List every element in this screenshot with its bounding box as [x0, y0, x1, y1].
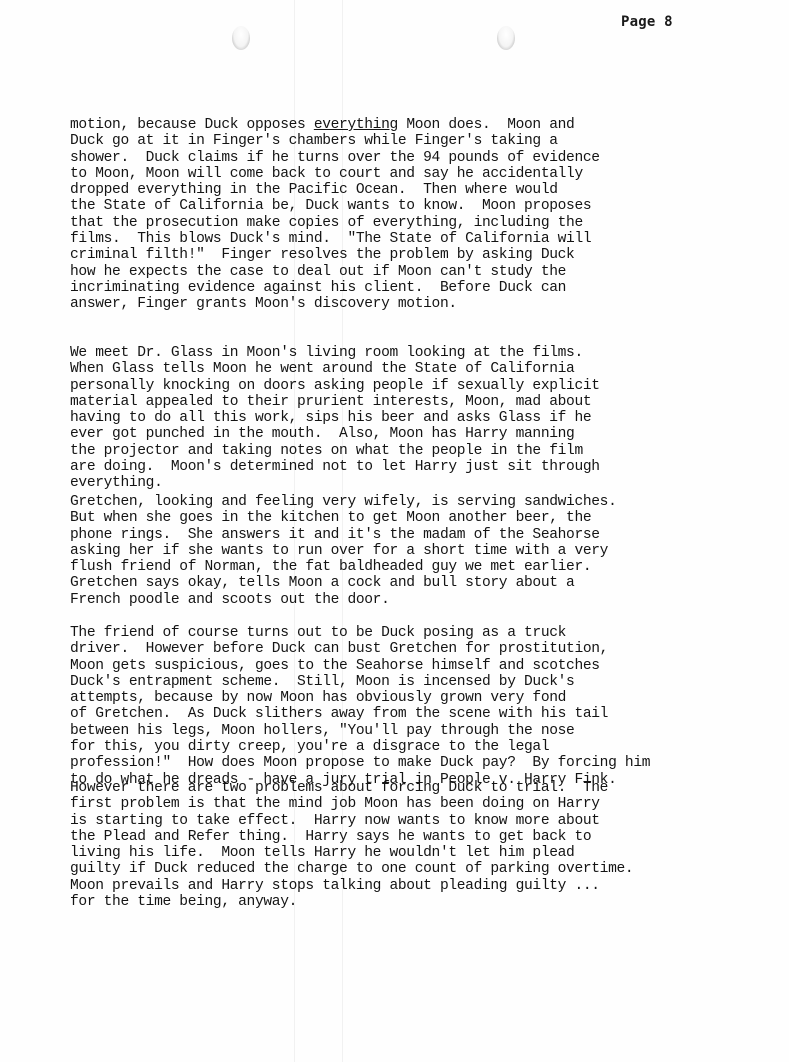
- text-line: flush friend of Norman, the fat baldhead…: [70, 559, 617, 575]
- paragraph: We meet Dr. Glass in Moon's living room …: [70, 345, 600, 492]
- page-number: Page 8: [621, 14, 673, 30]
- text-line: of Gretchen. As Duck slithers away from …: [70, 706, 650, 722]
- text-line: the projector and taking notes on what t…: [70, 443, 600, 459]
- text-line: Duck's entrapment scheme. Still, Moon is…: [70, 674, 650, 690]
- text-line: films. This blows Duck's mind. "The Stat…: [70, 231, 600, 247]
- text-line: the Plead and Refer thing. Harry says he…: [70, 829, 633, 845]
- text-line: living his life. Moon tells Harry he wou…: [70, 845, 633, 861]
- text-line: criminal filth!" Finger resolves the pro…: [70, 247, 600, 263]
- text-line: the State of California be, Duck wants t…: [70, 198, 600, 214]
- hole-punch-mark: [497, 26, 515, 50]
- text-line: Moon gets suspicious, goes to the Seahor…: [70, 658, 650, 674]
- text-line: first problem is that the mind job Moon …: [70, 796, 633, 812]
- paragraph: However there are two problems about for…: [70, 780, 633, 910]
- text-line: personally knocking on doors asking peop…: [70, 378, 600, 394]
- paragraph: Gretchen, looking and feeling very wifel…: [70, 494, 617, 608]
- text-line: to Moon, Moon will come back to court an…: [70, 166, 600, 182]
- text-line: material appealed to their prurient inte…: [70, 394, 600, 410]
- hole-punch-mark: [232, 26, 250, 50]
- text-line: Moon prevails and Harry stops talking ab…: [70, 878, 633, 894]
- text-line: Gretchen, looking and feeling very wifel…: [70, 494, 617, 510]
- text-line: answer, Finger grants Moon's discovery m…: [70, 296, 600, 312]
- text-line: phone rings. She answers it and it's the…: [70, 527, 617, 543]
- text-line: asking her if she wants to run over for …: [70, 543, 617, 559]
- text-line: Duck go at it in Finger's chambers while…: [70, 133, 600, 149]
- text-line: everything.: [70, 475, 600, 491]
- text-line: is starting to take effect. Harry now wa…: [70, 813, 633, 829]
- text-line: how he expects the case to deal out if M…: [70, 264, 600, 280]
- text-line: ever got punched in the mouth. Also, Moo…: [70, 426, 600, 442]
- text-line: Gretchen says okay, tells Moon a cock an…: [70, 575, 617, 591]
- document-page: Page 8 motion, because Duck opposes ever…: [0, 0, 789, 1062]
- paragraph: The friend of course turns out to be Duc…: [70, 625, 650, 788]
- text-line: The friend of course turns out to be Duc…: [70, 625, 650, 641]
- text-line: for this, you dirty creep, you're a disg…: [70, 739, 650, 755]
- text-line: guilty if Duck reduced the charge to one…: [70, 861, 633, 877]
- text-line: When Glass tells Moon he went around the…: [70, 361, 600, 377]
- text-line: profession!" How does Moon propose to ma…: [70, 755, 650, 771]
- paragraph: motion, because Duck opposes everything …: [70, 117, 600, 313]
- text-line: motion, because Duck opposes everything …: [70, 117, 600, 133]
- text-line: We meet Dr. Glass in Moon's living room …: [70, 345, 600, 361]
- text-line: shower. Duck claims if he turns over the…: [70, 150, 600, 166]
- underlined-word: everything: [314, 117, 398, 133]
- text-line: But when she goes in the kitchen to get …: [70, 510, 617, 526]
- text-line: attempts, because by now Moon has obviou…: [70, 690, 650, 706]
- text-line: between his legs, Moon hollers, "You'll …: [70, 723, 650, 739]
- text-line: However there are two problems about for…: [70, 780, 633, 796]
- text-line: incriminating evidence against his clien…: [70, 280, 600, 296]
- text-line: driver. However before Duck can bust Gre…: [70, 641, 650, 657]
- text-line: having to do all this work, sips his bee…: [70, 410, 600, 426]
- text-line: that the prosecution make copies of ever…: [70, 215, 600, 231]
- text-line: are doing. Moon's determined not to let …: [70, 459, 600, 475]
- text-line: dropped everything in the Pacific Ocean.…: [70, 182, 600, 198]
- text-line: for the time being, anyway.: [70, 894, 633, 910]
- text-line: French poodle and scoots out the door.: [70, 592, 617, 608]
